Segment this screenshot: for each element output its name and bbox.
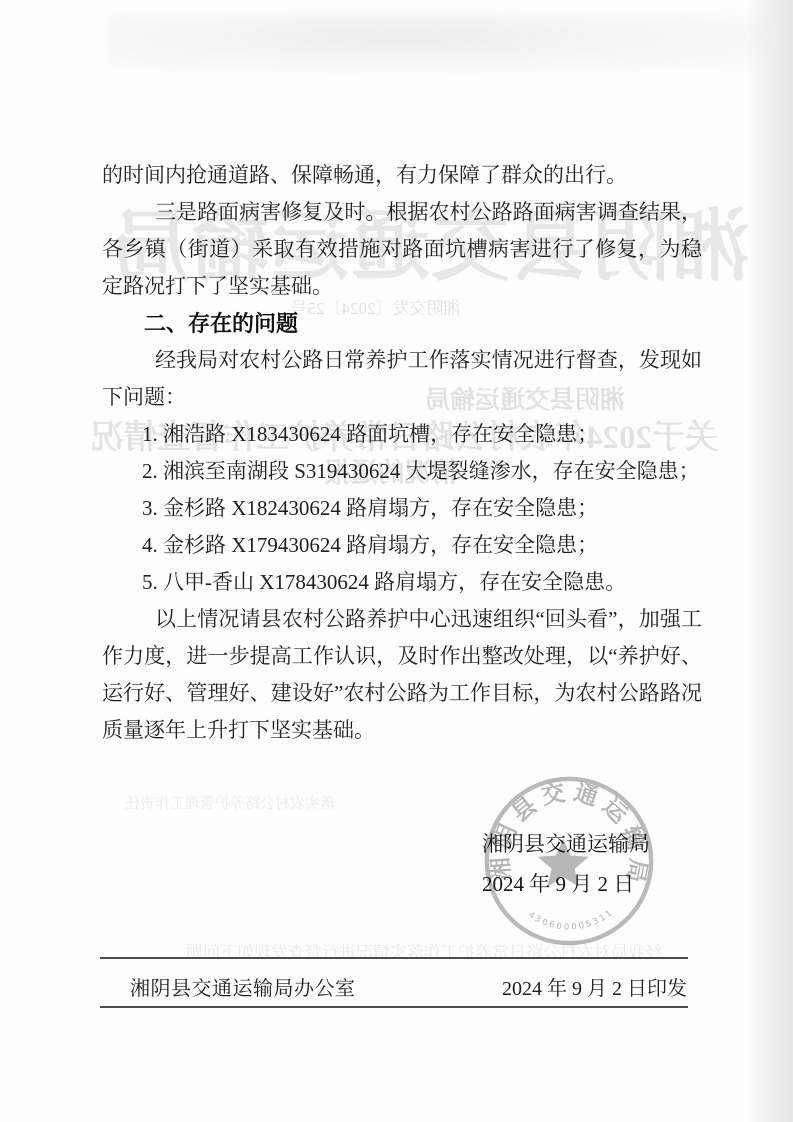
footer-rule-top	[100, 957, 688, 959]
bleed-through-left-line: 落实农村公路养护管理工作责任	[100, 792, 335, 813]
scanned-document-page: 湘阴县交通运输局 湘阴交发〔2024〕25号 湘阴县交通运输局 关于2024年农…	[0, 0, 793, 1122]
scan-top-smudge	[108, 14, 763, 72]
signature-block: 湘阴县交通运输局 2024 年 9 月 2 日	[482, 824, 672, 904]
bleed-through-footer-line: 经我局对农村公路日常养护工作落实情况进行督查发现如下问题	[88, 938, 760, 963]
section-heading-problems: 二、存在的问题	[102, 305, 702, 342]
paragraph-inspection-intro: 经我局对农村公路日常养护工作落实情况进行督查，发现如下问题：	[102, 342, 702, 416]
issue-item-2: 2. 湘滨至南湖段 S319430624 大堤裂缝渗水，存在安全隐患；	[102, 453, 702, 490]
paragraph-item-three: 三是路面病害修复及时。根据农村公路路面病害调查结果，各乡镇（街道）采取有效措施对…	[102, 194, 702, 305]
issue-item-3: 3. 金杉路 X182430624 路肩塌方，存在安全隐患；	[102, 490, 702, 527]
footer-issuing-office: 湘阴县交通运输局办公室	[130, 972, 356, 1001]
signature-date: 2024 年 9 月 2 日	[482, 864, 672, 904]
paragraph-continuation: 的时间内抢通道路、保障畅通，有力保障了群众的出行。	[102, 157, 702, 194]
paragraph-closing: 以上情况请县农村公路养护中心迅速组织“回头看”，加强工作力度，进一步提高工作认识…	[102, 601, 702, 749]
issue-item-5: 5. 八甲-香山 X178430624 路肩塌方，存在安全隐患。	[102, 564, 702, 601]
issue-item-4: 4. 金杉路 X179430624 路肩塌方，存在安全隐患；	[102, 527, 702, 564]
signature-org: 湘阴县交通运输局	[482, 824, 672, 864]
scan-right-edge-band	[748, 0, 793, 1122]
issue-item-1: 1. 湘浩路 X183430624 路面坑槽，存在安全隐患；	[102, 416, 702, 453]
footer-rule-bottom	[100, 1006, 688, 1008]
document-body: 的时间内抢通道路、保障畅通，有力保障了群众的出行。 三是路面病害修复及时。根据农…	[102, 157, 702, 749]
footer-print-date: 2024 年 9 月 2 日印发	[502, 972, 687, 1001]
